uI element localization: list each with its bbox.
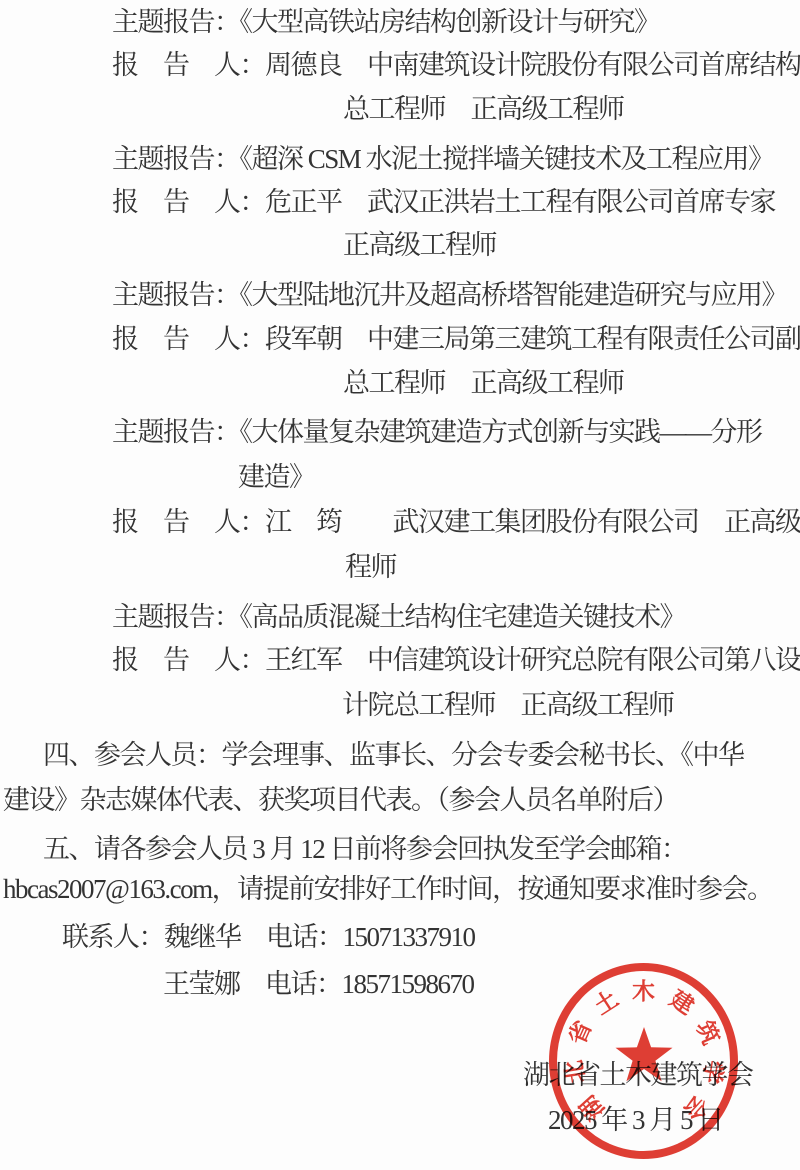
attendees-line-2: 建设》杂志媒体代表、获奖项目代表。（参会人员名单附后） [3,783,678,817]
report-4-topic-cont-line: 建造》 [238,460,315,494]
seal-arc-char: 北 [560,1056,590,1088]
seal-arc-char: 省 [563,1015,598,1051]
report-5-speaker-line: 报 告 人：王红军 中信建筑设计研究总院有限公司第八设 [112,643,800,677]
report-5-topic-line: 主题报告：《高品质混凝土结构住宅建造关键技术》 [112,600,685,634]
seal-arc-char: 建 [662,985,700,1022]
report-1-speaker-cont-line: 总工程师 正高级工程师 [343,92,624,126]
report-2-speaker-cont-line: 正高级工程师 [343,228,496,262]
seal-arc-char: 木 [630,979,658,1005]
report-2-topic-line: 主题报告：《超深 CSM 水泥土搅拌墙关键技术及工程应用》 [112,142,774,176]
report-1-topic-line: 主题报告：《大型高铁站房结构创新设计与研究》 [112,5,660,39]
seal-arc-char: 学 [697,1056,727,1088]
contact-line-1: 联系人：魏继华 电话：15071337910 [62,920,475,954]
rsvp-line-2: hbcas2007@163.com，请提前安排好工作时间，按通知要求准时参会。 [3,872,773,906]
rsvp-line-1: 五、请各参会人员 3 月 12 日前将参会回执发至学会邮箱： [43,832,687,866]
report-2-speaker-line: 报 告 人：危正平 武汉正洪岩土工程有限公司首席专家 [112,185,775,219]
report-4-speaker-cont-line: 程师 [345,550,396,584]
star-icon [613,1027,675,1086]
report-3-speaker-cont-line: 总工程师 正高级工程师 [343,366,624,400]
document-page: 主题报告：《大型高铁站房结构创新设计与研究》 报 告 人：周德良 中南建筑设计院… [0,0,800,1170]
seal-arc-char: 土 [587,985,625,1022]
official-seal: 湖 北 省 土 木 建 筑 学 会 [549,963,738,1159]
report-3-speaker-line: 报 告 人：段军朝 中建三局第三建筑工程有限责任公司副 [112,322,800,356]
contact-line-2: 王莹娜 电话：18571598670 [163,967,474,1001]
report-5-speaker-cont-line: 计院总工程师 正高级工程师 [342,688,674,722]
seal-arc-char: 筑 [689,1015,724,1051]
report-4-speaker-line: 报 告 人：江 筠 武汉建工集团股份有限公司 正高级工 [112,505,800,539]
report-3-topic-line: 主题报告：《大型陆地沉井及超高桥塔智能建造研究与应用》 [112,278,787,312]
seal-arc-char: 会 [676,1088,714,1126]
report-1-speaker-line: 报 告 人：周德良 中南建筑设计院股份有限公司首席结构 [112,48,800,82]
seal-arc-char: 湖 [573,1088,611,1126]
attendees-line-1: 四、参会人员：学会理事、监事长、分会专委会秘书长、《中华 [43,738,744,772]
report-4-topic-line: 主题报告：《大体量复杂建筑建造方式创新与实践——分形 [112,415,762,449]
